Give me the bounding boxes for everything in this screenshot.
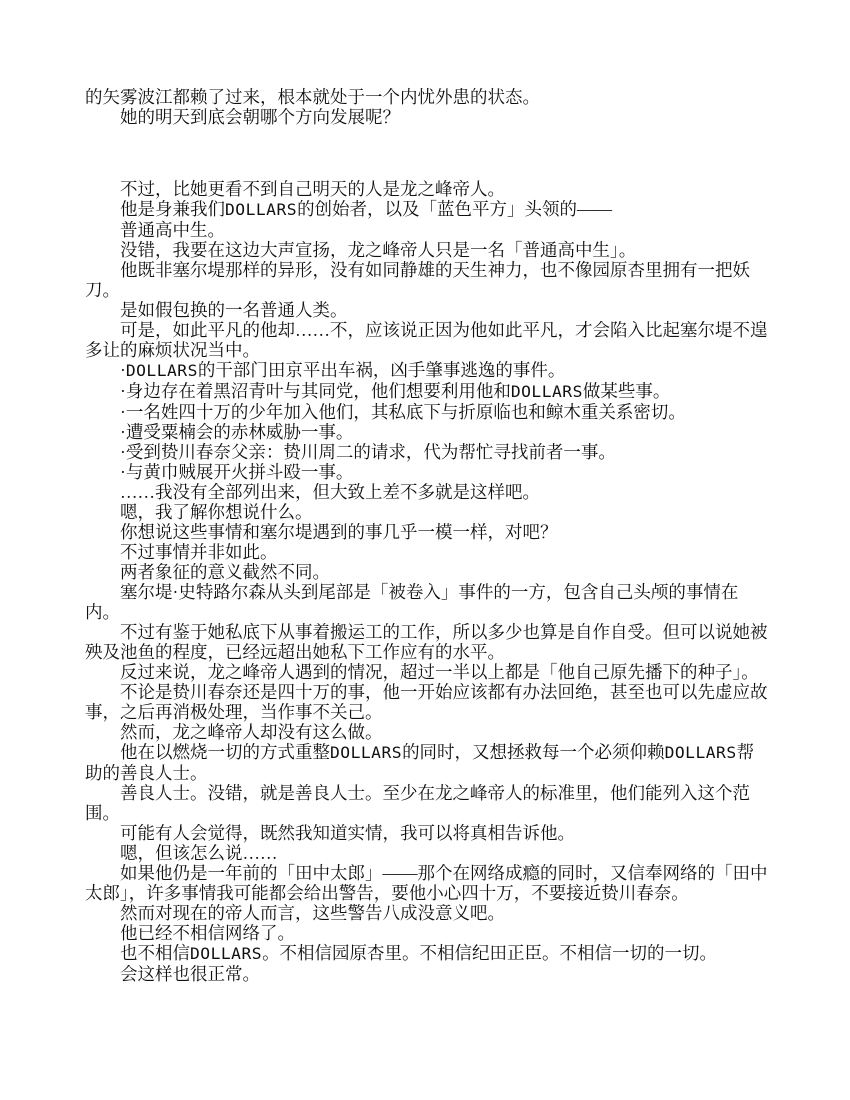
paragraph: 他在以燃烧一切的方式重整DOLLARS的同时，又想拯救每一个必须仰赖DOLLAR… [85,742,769,783]
paragraph: 他已经不相信网络了。 [85,923,769,943]
paragraph: 她的明天到底会朝哪个方向发展呢？ [85,107,769,127]
paragraph: 善良人士。没错，就是善良人士。至少在龙之峰帝人的标准里，他们能列入这个范围。 [85,783,769,823]
paragraph: 会这样也很正常。 [85,964,769,984]
paragraph: 可能有人会觉得，既然我知道实情，我可以将真相告诉他。 [85,823,769,843]
latin-text: DOLLARS [225,200,297,219]
paragraph: 也不相信DOLLARS。不相信园原杏里。不相信纪田正臣。不相信一切的一切。 [85,943,769,964]
latin-text: DOLLARS [511,382,583,401]
paragraph: 普通高中生。 [85,220,769,240]
page-background: { "page": { "background_color": "#ffffff… [0,0,850,1100]
latin-text: DOLLARS [665,743,737,762]
paragraph: ·DOLLARS的干部门田京平出车祸，凶手肇事逃逸的事件。 [85,360,769,381]
paragraph: 他既非塞尔堤那样的异形，没有如同静雄的天生神力，也不像园原杏里拥有一把妖刀。 [85,260,769,300]
paragraph: ·遭受粟楠会的赤林威胁一事。 [85,422,769,442]
paragraph: 不过有鉴于她私底下从事着搬运工的工作，所以多少也算是自作自受。但可以说她被殃及池… [85,622,769,662]
paragraph: 的矢雾波江都赖了过来，根本就处于一个内忧外患的状态。 [85,87,769,107]
paragraph: 可是，如此平凡的他却……不，应该说正因为他如此平凡，才会陷入比起塞尔堤不遑多让的… [85,320,769,360]
paragraph: 如果他仍是一年前的「田中太郎」——那个在网络成瘾的同时，又信奉网络的「田中太郎」… [85,863,769,903]
paragraph: 嗯，我了解你想说什么。 [85,502,769,522]
paragraph: 然而，龙之峰帝人却没有这么做。 [85,722,769,742]
paragraph: 嗯，但该怎么说…… [85,843,769,863]
paragraph: ·身边存在着黑沼青叶与其同党，他们想要利用他和DOLLARS做某些事。 [85,381,769,402]
paragraph: 你想说这些事情和塞尔堤遇到的事几乎一模一样，对吧？ [85,522,769,542]
paragraph: 不过事情并非如此。 [85,542,769,562]
paragraph: 反过来说，龙之峰帝人遇到的情况，超过一半以上都是「他自己原先播下的种子」。 [85,662,769,682]
page-text: 的矢雾波江都赖了过来，根本就处于一个内忧外患的状态。她的明天到底会朝哪个方向发展… [85,87,769,984]
paragraph: 然而对现在的帝人而言，这些警告八成没意义吧。 [85,903,769,923]
latin-text: DOLLARS [190,944,262,963]
paragraph: 不过，比她更看不到自己明天的人是龙之峰帝人。 [85,179,769,199]
paragraph: 没错，我要在这边大声宣扬，龙之峰帝人只是一名「普通高中生」。 [85,240,769,260]
paragraph: ·与黄巾贼展开火拼斗殴一事。 [85,462,769,482]
paragraph: 不论是贽川春奈还是四十万的事，他一开始应该都有办法回绝，甚至也可以先虚应故事，之… [85,682,769,722]
paragraph: ·受到贽川春奈父亲：贽川周二的请求，代为帮忙寻找前者一事。 [85,442,769,462]
paragraph: ·一名姓四十万的少年加入他们，其私底下与折原临也和鲸木重关系密切。 [85,402,769,422]
latin-text: DOLLARS [330,743,402,762]
paragraph: 他是身兼我们DOLLARS的创始者，以及「蓝色平方」头领的—— [85,199,769,220]
paragraph: 是如假包换的一名普通人类。 [85,300,769,320]
document-page: 的矢雾波江都赖了过来，根本就处于一个内忧外患的状态。她的明天到底会朝哪个方向发展… [85,87,769,984]
paragraph: 塞尔堤·史特路尔森从头到尾部是「被卷入」事件的一方，包含自己头颅的事情在内。 [85,582,769,622]
paragraph: ……我没有全部列出来，但大致上差不多就是这样吧。 [85,482,769,502]
latin-text: DOLLARS [126,361,198,380]
paragraph: 两者象征的意义截然不同。 [85,562,769,582]
